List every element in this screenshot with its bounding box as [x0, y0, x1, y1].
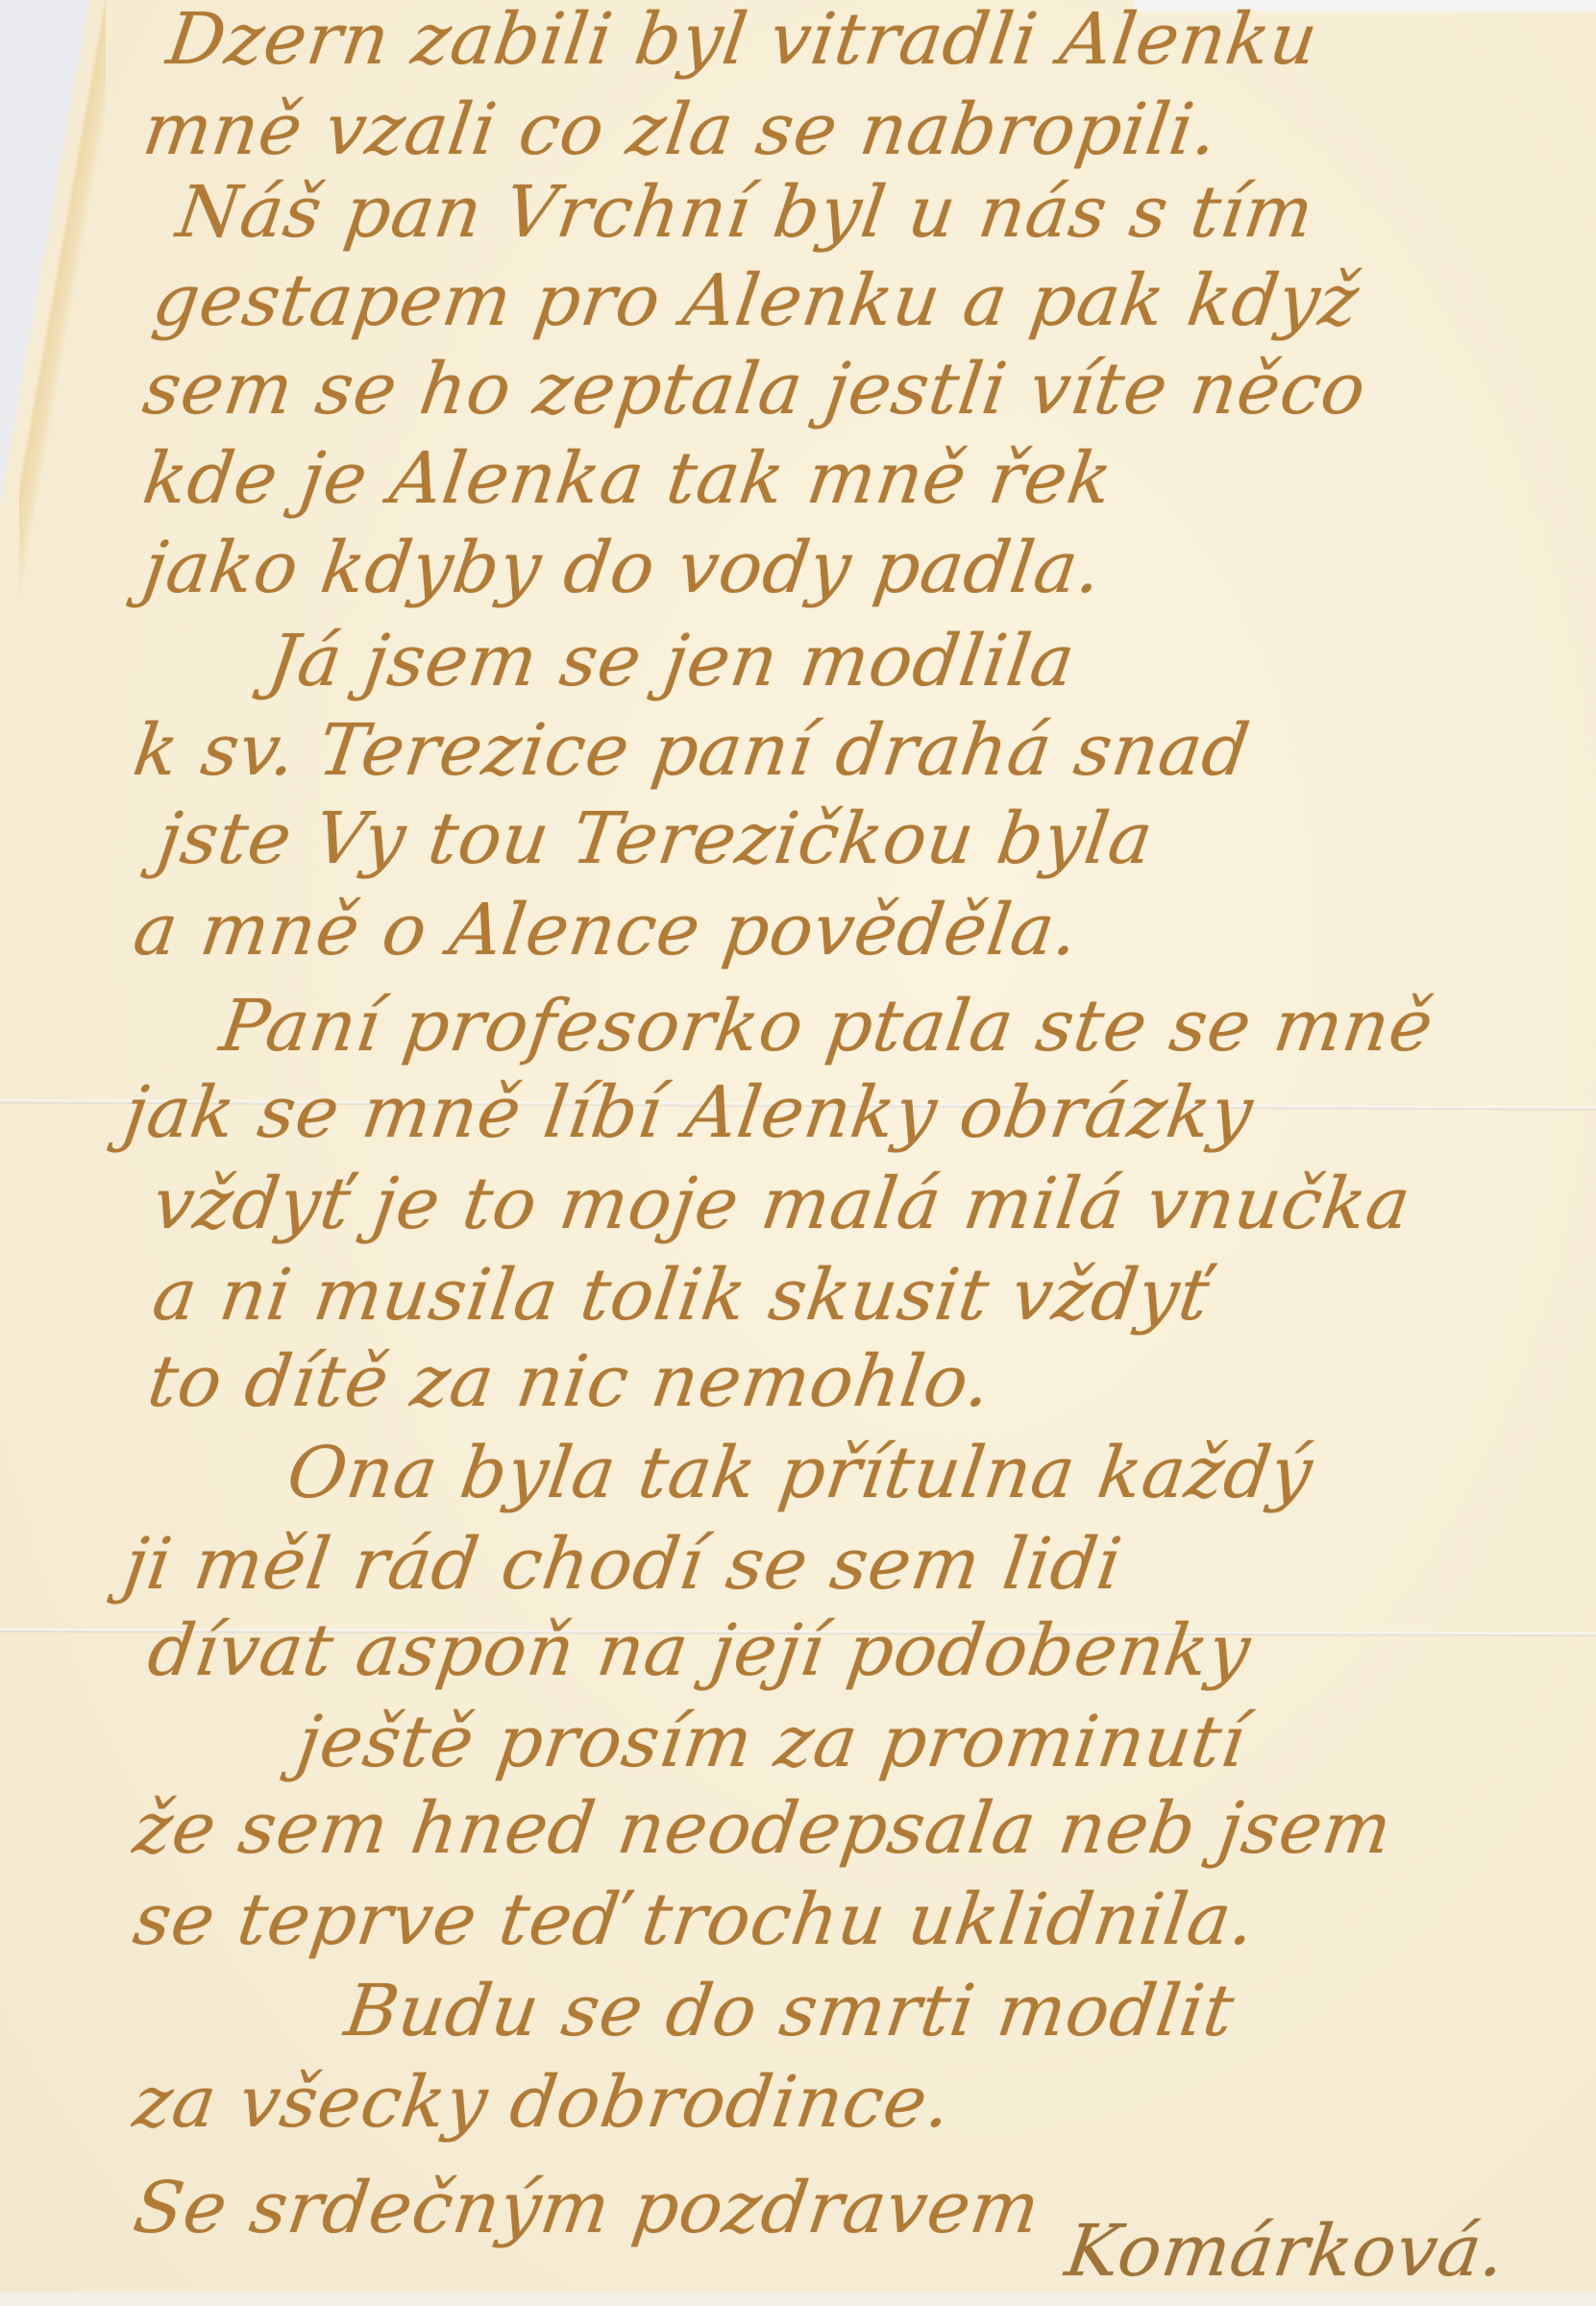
letter-line: jako kdyby do vody padla.	[138, 527, 1107, 609]
letter-line: to dítě za nic nemohlo.	[143, 1340, 996, 1423]
letter-line: kde je Alenka tak mně řek	[138, 437, 1117, 520]
letter-line: gestapem pro Alenku a pak když	[148, 259, 1364, 342]
letter-line: vždyť je to moje malá milá vnučka	[148, 1163, 1416, 1245]
signature: Komárková.	[1061, 2210, 1510, 2293]
letter-line: jste Vy tou Terezičkou byla	[153, 797, 1159, 880]
torn-left-edge	[19, 0, 106, 596]
letter-line: jak se mně líbí Alenky obrázky	[119, 1071, 1259, 1154]
letter-line: Náš pan Vrchní byl u nás s tím	[172, 171, 1319, 254]
letter-line: a ni musila tolik skusit vždyť	[148, 1254, 1215, 1337]
letter-line: ji měl rád chodí se sem lidi	[119, 1523, 1127, 1606]
letter-line: že sem hned neodepsala neb jsem	[129, 1787, 1397, 1870]
letter-line: Se srdečným pozdravem	[129, 2167, 1045, 2249]
letter-line: Já jsem se jen modlila	[263, 620, 1080, 702]
letter-line: Budu se do smrti modlit	[340, 1970, 1240, 2052]
letter-line: za všecky dobrodince.	[129, 2061, 957, 2144]
letter-line: a mně o Alence pověděla.	[129, 889, 1084, 971]
letter-line: Dzern zabili byl vitradli Alenku	[162, 0, 1323, 81]
letter-line: ještě prosím za prominutí	[292, 1701, 1251, 1783]
letter-line: sem se ho zeptala jestli víte něco	[138, 348, 1371, 430]
letter-line: Paní profesorko ptala ste se mně	[215, 985, 1438, 1067]
letter-line: se teprve teď trochu uklidnila.	[129, 1878, 1261, 1961]
paper-bottom-edge	[0, 2292, 1596, 2306]
letter-line: Ona byla tak přítulna každý	[282, 1432, 1318, 1514]
letter-line: dívat aspoň na její podobenky	[143, 1609, 1256, 1692]
letter-line: k sv. Terezice paní drahá snad	[129, 709, 1255, 792]
letter-line: mně vzali co zla se nabropili.	[138, 88, 1223, 171]
